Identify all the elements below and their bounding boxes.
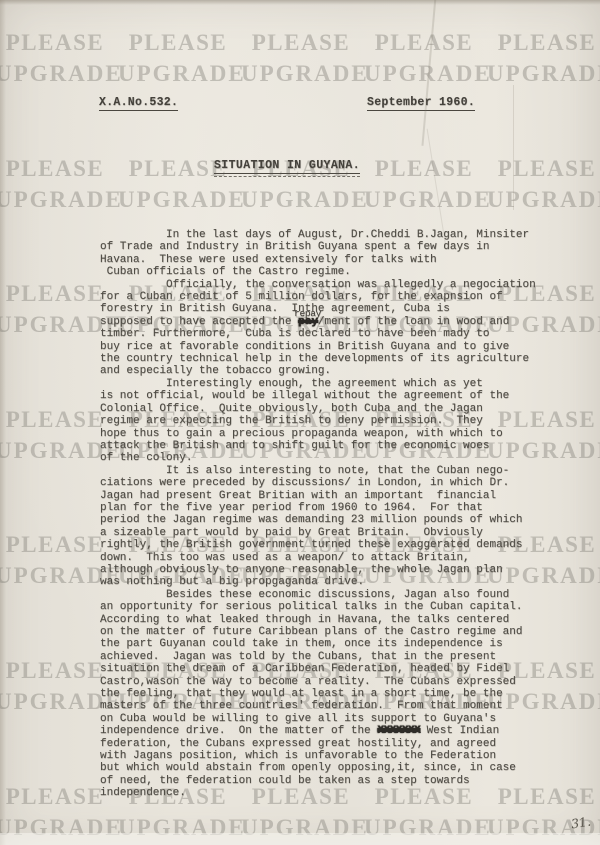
text-line: on Cuba would be willing to give all its… bbox=[100, 713, 560, 725]
text-line: plan for the five year period from 1960 … bbox=[100, 502, 560, 514]
text-line: of need, the federation could be taken a… bbox=[100, 775, 560, 787]
text-line: period the Jagan regime was demanding 23… bbox=[100, 514, 560, 526]
typed-redaction: XXXXXXX bbox=[377, 725, 420, 737]
text-line: federation, the Cubans expressed great h… bbox=[100, 738, 560, 750]
title-block: SITUATION IN GUYANA. bbox=[214, 155, 360, 177]
text-line: independence drive. On the matter of the… bbox=[100, 725, 560, 737]
text-line: of the colony. bbox=[100, 452, 560, 464]
text-line: achieved. Jagan was told by the Cubans, … bbox=[100, 651, 560, 663]
reference-number: X.A.No.532. bbox=[99, 96, 178, 111]
scanned-document-page: PLEASEUPGRADEPLEASEUPGRADEPLEASEUPGRADEP… bbox=[0, 0, 600, 845]
text-line: In the last days of August, Dr.Cheddi B.… bbox=[100, 229, 560, 241]
text-line: the country technical help in the develo… bbox=[100, 353, 560, 365]
text-line: although obviously to anyone reasonable,… bbox=[100, 564, 560, 576]
scan-bottom-band bbox=[0, 833, 600, 845]
text-line: Interestingly enough, the agreement whic… bbox=[100, 378, 560, 390]
text-line: timber. Furthermore, Cuba is declared to… bbox=[100, 328, 560, 340]
text-line: According to what leaked through in Hava… bbox=[100, 614, 560, 626]
text-line: Jagan had present Great Britian with an … bbox=[100, 490, 560, 502]
text-line: Besides these economic discussions, Jaga… bbox=[100, 589, 560, 601]
text-line: regime are expecting the British to deny… bbox=[100, 415, 560, 427]
text-line: Colonial Office. Quite obviously, both C… bbox=[100, 403, 560, 415]
text-line: but which would abstain from openly oppo… bbox=[100, 762, 560, 774]
text-line: hope thus to gain a precious propaganda … bbox=[100, 428, 560, 440]
text-line: on the matter of future Caribbean plans … bbox=[100, 626, 560, 638]
text-line: for a Cuban credit of 5 million dollars,… bbox=[100, 291, 560, 303]
paper-edge-mark bbox=[513, 85, 514, 210]
text-line: ciations were preceded by discussions/ i… bbox=[100, 477, 560, 489]
title-underline bbox=[214, 176, 360, 177]
text-line: It is also interesting to note, that the… bbox=[100, 465, 560, 477]
text-line: masters of the three countries' federati… bbox=[100, 700, 560, 712]
text-line: with Jagans position, which is unfavorab… bbox=[100, 750, 560, 762]
document-date: September 1960. bbox=[367, 96, 475, 111]
text-line: Havana. These were used extensively for … bbox=[100, 254, 560, 266]
text-line: rightly, the British government turned t… bbox=[100, 539, 560, 551]
text-line: situation the dream of a Caribbean Feder… bbox=[100, 663, 560, 675]
text-line: Castro,wason the way to become a reality… bbox=[100, 676, 560, 688]
page-title: SITUATION IN GUYANA. bbox=[214, 159, 360, 174]
text-line: is not official, would be illegal withou… bbox=[100, 390, 560, 402]
text-line: attack the British and to shift guilt fo… bbox=[100, 440, 560, 452]
text-line: was nothing but a big propgaganda drive. bbox=[100, 576, 560, 588]
text-line: the part Guyanan could take in them, onc… bbox=[100, 638, 560, 650]
document-body: In the last days of August, Dr.Cheddi B.… bbox=[100, 229, 560, 800]
page-number-handwritten: 31. bbox=[570, 814, 592, 832]
text-line: of Trade and Industry in British Guyana … bbox=[100, 241, 560, 253]
text-line: and especially the tobacco growing. bbox=[100, 365, 560, 377]
text-line: a sizeable part would by paid by Great B… bbox=[100, 527, 560, 539]
text-line: forestry in British Guyana. Inthe agreem… bbox=[100, 303, 560, 315]
text-line: Officially, the conversation was alleged… bbox=[100, 279, 560, 291]
text-line: an opportunity for serious political tal… bbox=[100, 601, 560, 613]
document-content: X.A.No.532. September 1960. SITUATION IN… bbox=[0, 0, 600, 845]
text-line: Cuban officials of the Castro regime. bbox=[100, 266, 560, 278]
text-line: buy rice at favorable conditions in Brit… bbox=[100, 341, 560, 353]
correction-inserted-text: repay bbox=[294, 308, 321, 320]
text-line: independence. bbox=[100, 787, 560, 799]
typed-correction: repaypay bbox=[298, 316, 318, 328]
text-line: down. This too was used as a weapon/ to … bbox=[100, 552, 560, 564]
text-line: the feeling, that they would at least in… bbox=[100, 688, 560, 700]
text-line: supposed to have accepted the repaypay/m… bbox=[100, 316, 560, 328]
